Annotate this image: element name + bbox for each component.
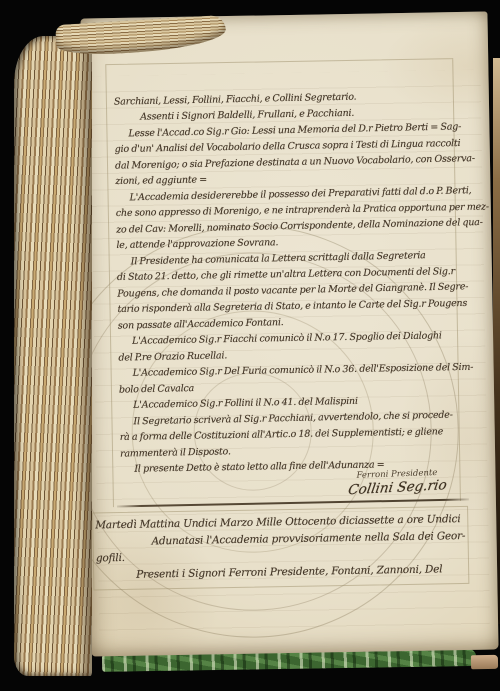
book-page: 192. Sarchiani, Lessi, Follini, Fiacchi,… — [80, 11, 498, 656]
book-page-edges-left — [14, 36, 92, 676]
minutes-entry-next: Martedì Mattina Undici Marzo Mille Ottoc… — [95, 511, 468, 583]
manuscript-photo: 192. Sarchiani, Lessi, Follini, Fiacchi,… — [0, 0, 500, 691]
minutes-entry-current: Sarchiani, Lessi, Follini, Fiacchi, e Co… — [114, 88, 467, 478]
separator-rule — [117, 498, 469, 507]
board-corner — [471, 655, 498, 669]
